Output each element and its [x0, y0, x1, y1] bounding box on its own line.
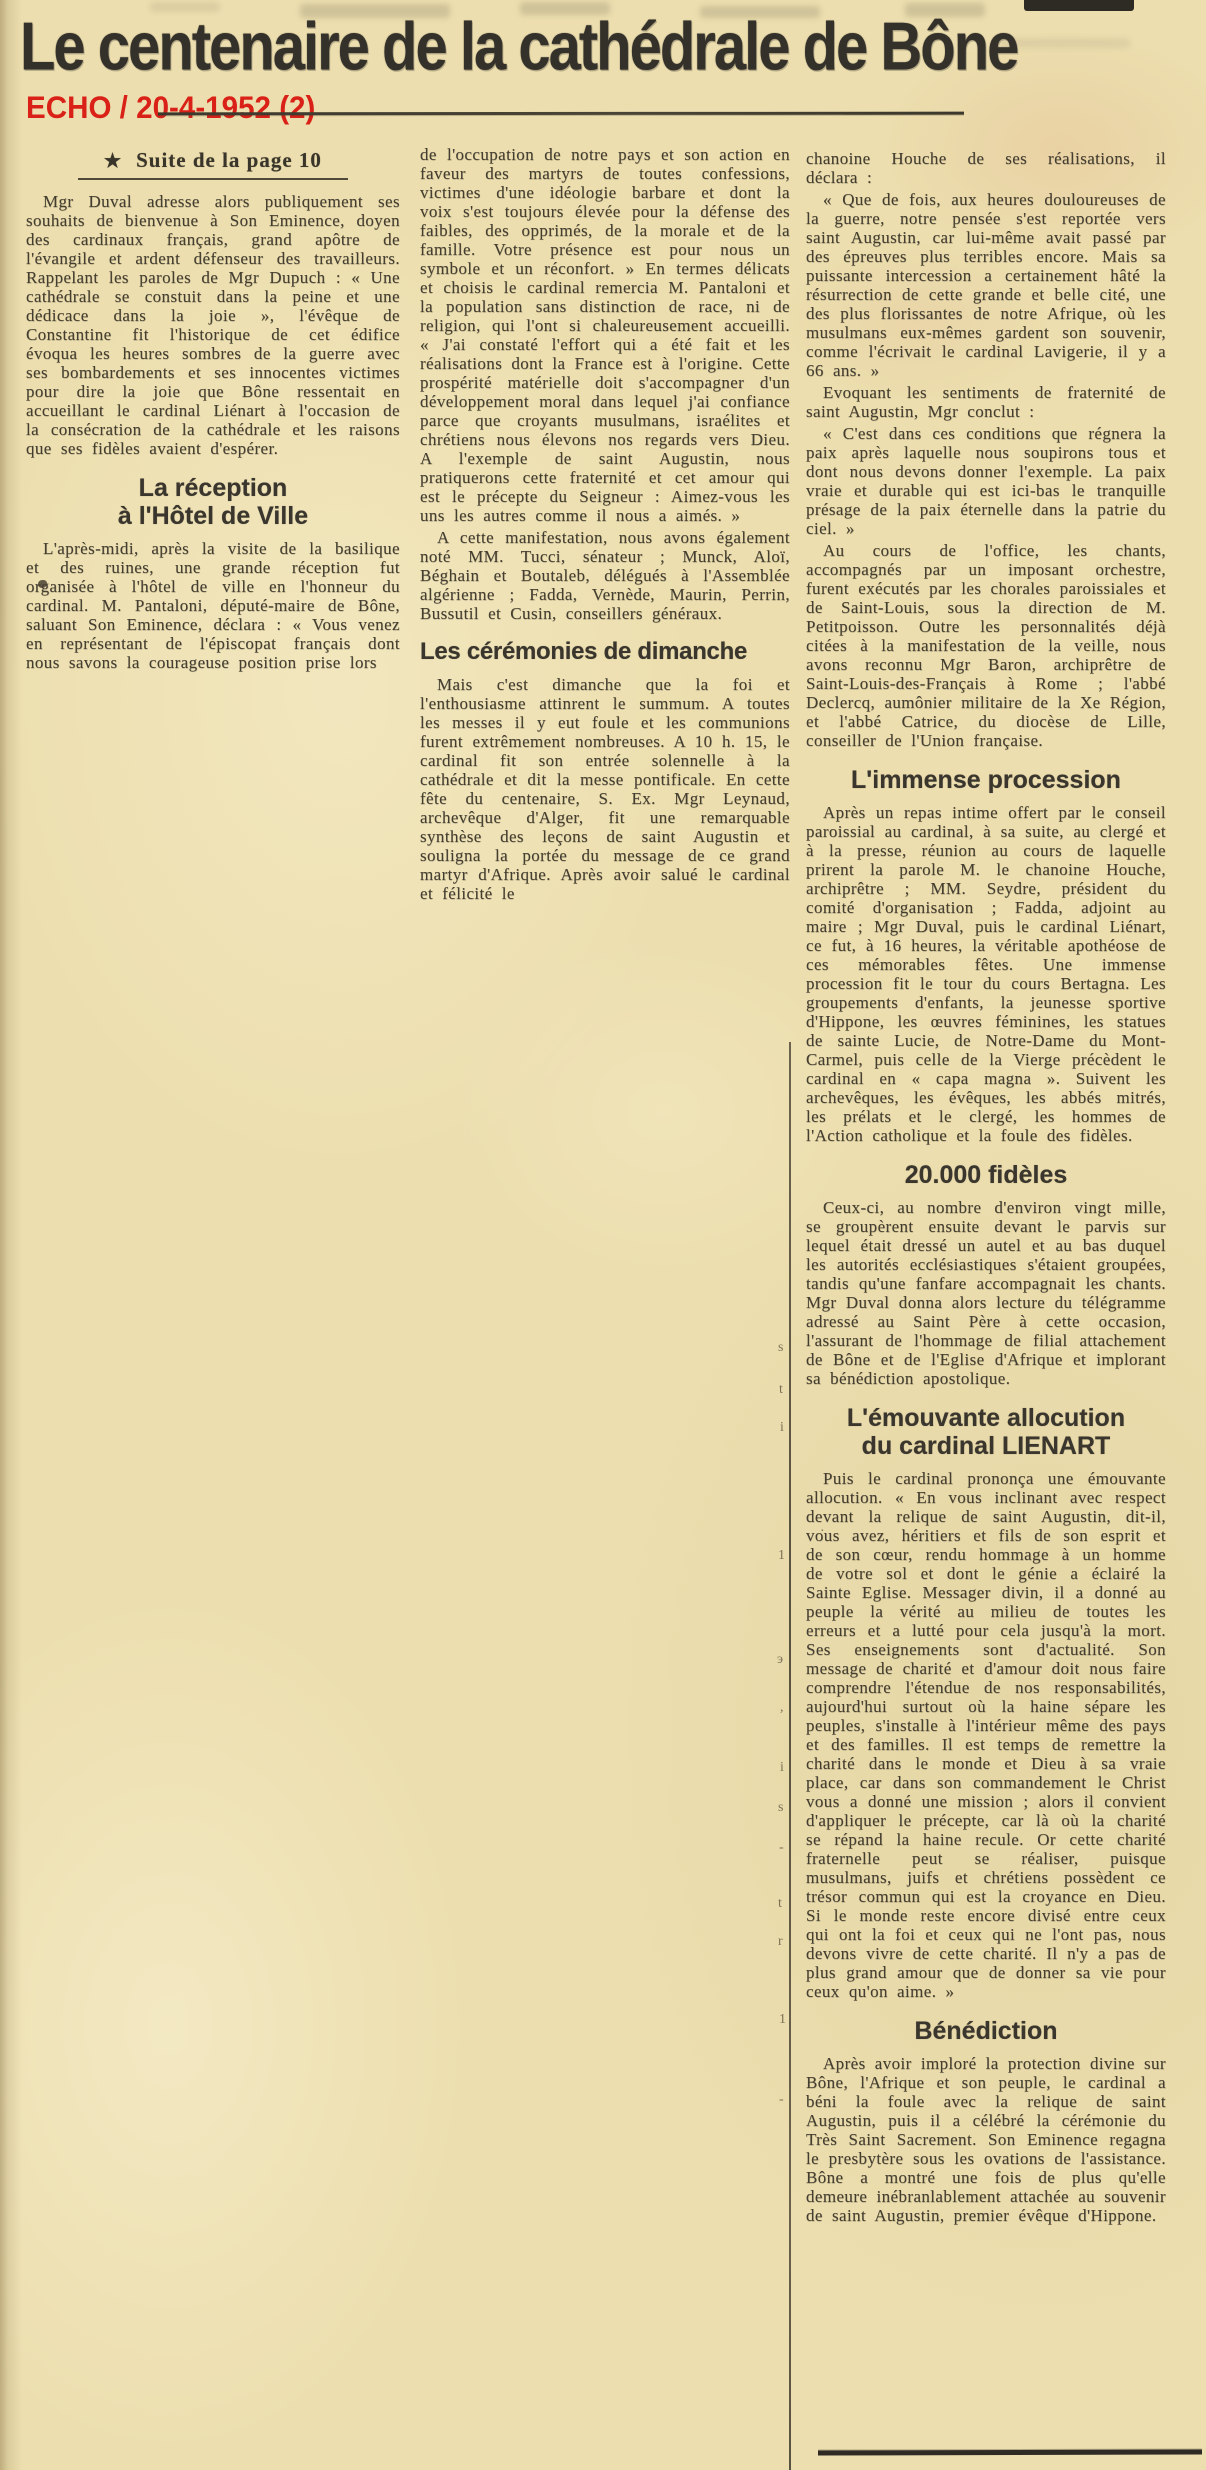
archive-annotation: ECHO / 20-4-1952 (2) — [26, 92, 315, 126]
edge-print-fragment: r — [778, 1934, 783, 1950]
column-right: chanoine Houche de ses réalisations, il … — [806, 146, 1166, 2228]
edge-print-fragment: s — [778, 1800, 783, 1816]
edge-print-fragment: - — [779, 1840, 784, 1856]
strikethrough-line — [158, 112, 964, 116]
edge-print-fragment: · — [820, 1524, 825, 1540]
column-divider-rule — [789, 1042, 791, 2470]
section-heading: La réception à l'Hôtel de Ville — [26, 474, 400, 530]
continuation-label: Suite de la page 10 — [136, 148, 322, 172]
body-paragraph: de l'occupation de notre pays et son act… — [420, 145, 790, 525]
body-paragraph: « Que de fois, aux heures douloureuses d… — [806, 190, 1166, 380]
body-paragraph: Au cours de l'office, les chants, accomp… — [806, 541, 1166, 750]
edge-print-fragment: t — [779, 1382, 783, 1398]
body-paragraph: Ceux-ci, au nombre d'environ vingt mille… — [806, 1198, 1166, 1388]
body-paragraph: L'après-midi, après la visite de la basi… — [26, 539, 400, 672]
body-paragraph: A cette manifestation, nous avons égalem… — [420, 528, 790, 623]
section-heading: 20.000 fidèles — [806, 1161, 1166, 1189]
edge-print-fragment: , — [780, 1700, 784, 1716]
edge-print-fragment: t — [778, 1896, 782, 1912]
body-paragraph: Puis le cardinal prononça une émouvante … — [806, 1469, 1166, 2001]
body-paragraph: Evoquant les sentiments de fraternité de… — [806, 383, 1166, 421]
edge-print-fragment: - — [779, 2092, 784, 2108]
column-middle: de l'occupation de notre pays et son act… — [420, 142, 790, 906]
body-paragraph: Mgr Duval adresse alors publiquement ses… — [26, 192, 400, 458]
edge-print-fragment: 1 — [779, 2012, 786, 2028]
edge-print-fragment: i — [780, 1420, 784, 1436]
edge-print-fragment: s — [778, 1340, 783, 1356]
body-paragraph: « C'est dans ces conditions que régnera … — [806, 424, 1166, 538]
body-paragraph: Mais c'est dimanche que la foi et l'enth… — [420, 675, 790, 903]
continuation-header: ★Suite de la page 10 — [26, 148, 400, 180]
newspaper-clipping: Le centenaire de la cathédrale de Bône E… — [0, 0, 1206, 2470]
body-paragraph: chanoine Houche de ses réalisations, il … — [806, 149, 1166, 187]
article-headline: Le centenaire de la cathédrale de Bône — [20, 14, 1180, 81]
article-bottom-rule — [818, 2449, 1202, 2455]
top-edge-ink-bar — [1024, 0, 1134, 11]
section-heading: Les cérémonies de dimanche — [420, 639, 790, 666]
edge-print-fragment: 1 — [778, 1548, 785, 1564]
column-left: ★Suite de la page 10Mgr Duval adresse al… — [26, 142, 400, 675]
section-heading: L'émouvante allocution du cardinal LIENA… — [806, 1404, 1166, 1460]
edge-print-fragment: э — [777, 1652, 783, 1668]
body-paragraph: Après un repas intime offert par le cons… — [806, 803, 1166, 1145]
section-heading: L'immense procession — [806, 766, 1166, 794]
star-icon: ★ — [104, 151, 122, 172]
edge-print-fragment: i — [780, 1760, 784, 1776]
section-heading: Bénédiction — [806, 2017, 1166, 2045]
body-paragraph: Après avoir imploré la protection divine… — [806, 2054, 1166, 2225]
